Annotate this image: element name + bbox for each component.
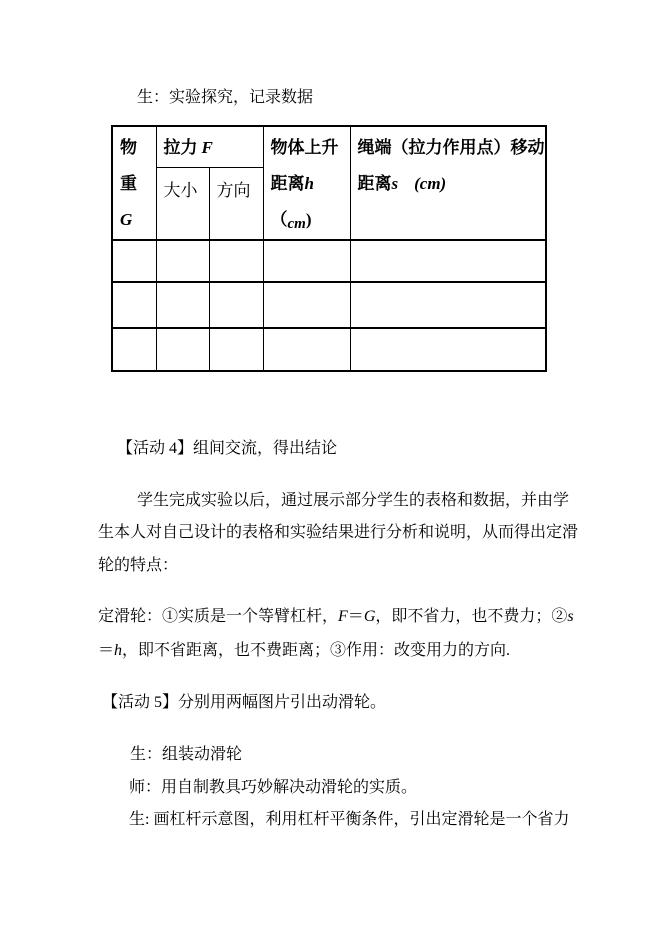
table-row bbox=[112, 282, 546, 328]
th-pulling-force: 拉力F bbox=[156, 126, 263, 167]
cell-r3c5 bbox=[350, 328, 546, 371]
intro-line: 生：实验探究，记录数据 bbox=[137, 87, 313, 109]
cell-r2c3 bbox=[209, 282, 263, 328]
conclusion-line-2: ＝h，即不省距离，也不费距离；③作用：改变用力的方向. bbox=[98, 640, 510, 662]
dialog-line-student-1: 生：组装动滑轮 bbox=[130, 744, 242, 766]
th-object-weight: 物 重 G bbox=[112, 126, 156, 240]
cell-r3c2 bbox=[156, 328, 209, 371]
cell-r1c3 bbox=[209, 240, 263, 282]
experiment-data-table: 物 重 G 拉力F 物体上升 距离h （cm) 绳端（拉力作用点）移动 距离s(… bbox=[111, 125, 547, 372]
cell-r1c5 bbox=[350, 240, 546, 282]
th-rope-end-distance: 绳端（拉力作用点）移动 距离s(cm) bbox=[350, 126, 546, 240]
cell-r1c1 bbox=[112, 240, 156, 282]
cell-r3c1 bbox=[112, 328, 156, 371]
activity5-heading: 【活动 5】分别用两幅图片引出动滑轮。 bbox=[102, 692, 386, 714]
table-row bbox=[112, 240, 546, 282]
paragraph-line-2: 生本人对自己设计的表格和实验结果进行分析和说明，从而得出定滑 bbox=[98, 522, 578, 544]
table-row bbox=[112, 328, 546, 371]
cell-r1c2 bbox=[156, 240, 209, 282]
th-force-direction: 方向 bbox=[209, 167, 263, 240]
cell-r2c5 bbox=[350, 282, 546, 328]
cell-r3c4 bbox=[263, 328, 350, 371]
conclusion-line-1: 定滑轮：①实质是一个等臂杠杆，F＝G，即不省力，也不费力；②s bbox=[98, 606, 574, 628]
dialog-line-teacher: 师：用自制教具巧妙解决动滑轮的实质。 bbox=[129, 777, 417, 799]
activity4-heading: 【活动 4】组间交流，得出结论 bbox=[117, 438, 337, 460]
cell-r1c4 bbox=[263, 240, 350, 282]
cell-r3c3 bbox=[209, 328, 263, 371]
cell-r2c4 bbox=[263, 282, 350, 328]
cell-r2c2 bbox=[156, 282, 209, 328]
th-rise-distance: 物体上升 距离h （cm) bbox=[263, 126, 350, 240]
th-force-magnitude: 大小 bbox=[156, 167, 209, 240]
cell-r2c1 bbox=[112, 282, 156, 328]
dialog-line-student-2: 生: 画杠杆示意图，利用杠杆平衡条件，引出定滑轮是一个省力 bbox=[129, 809, 569, 831]
document-page: 生：实验探究，记录数据 物 重 G 拉力F 物体上升 距离h （cm) 绳端（拉… bbox=[0, 0, 661, 935]
paragraph-line-3: 轮的特点： bbox=[98, 555, 178, 577]
paragraph-line-1: 学生完成实验以后，通过展示部分学生的表格和数据，并由学 bbox=[137, 490, 569, 512]
